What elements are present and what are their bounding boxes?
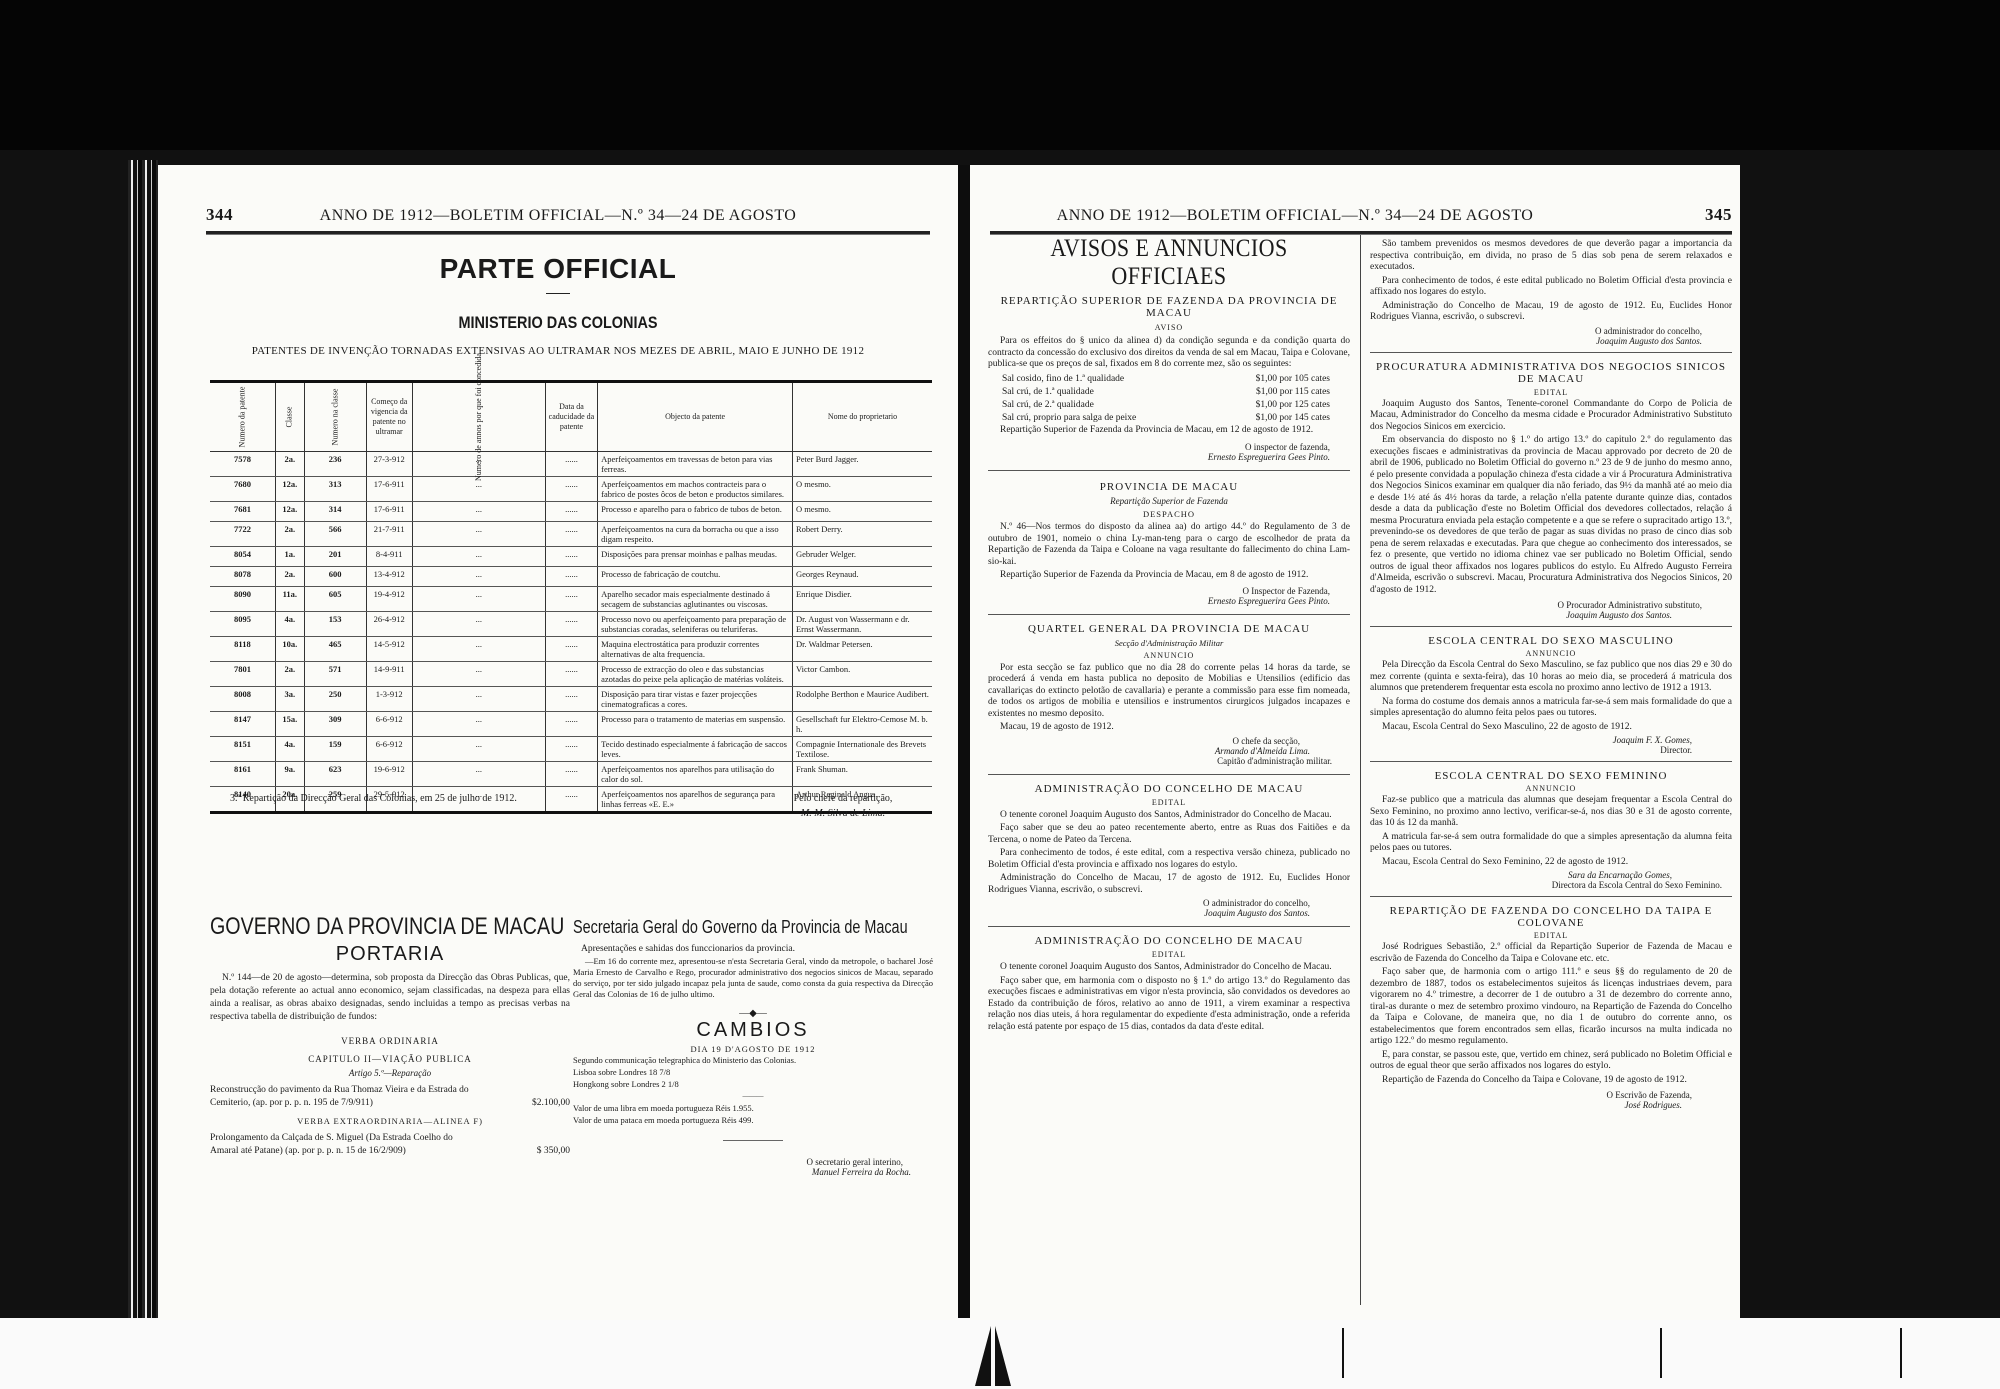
ministry-title: MINISTERIO DAS COLONIAS bbox=[218, 313, 898, 333]
patents-title: PATENTES DE INVENÇÃO TORNADAS EXTENSIVAS… bbox=[158, 345, 958, 357]
fazenda-title: REPARTIÇÃO SUPERIOR DE FAZENDA DA PROVIN… bbox=[988, 295, 1350, 319]
col-header: Classe bbox=[275, 382, 304, 452]
escola-fem-title: ESCOLA CENTRAL DO SEXO FEMININO bbox=[1370, 770, 1732, 782]
fazenda-signature: Ernesto Espreguerira Gees Pinto. bbox=[988, 452, 1350, 462]
table-row: 81619a.62319-6-912.........Aperfeiçoamen… bbox=[210, 762, 932, 787]
scanner-background-bottom bbox=[0, 1318, 2000, 1389]
procuratura-label: EDITAL bbox=[1370, 388, 1732, 397]
divider bbox=[988, 470, 1350, 471]
divider bbox=[988, 614, 1350, 615]
col-header: Numero da patente bbox=[210, 382, 275, 452]
escola-fem-role: Directora da Escola Central do Sexo Femi… bbox=[1370, 880, 1732, 890]
taipa-title: REPARTIÇÃO DE FAZENDA DO CONCELHO DA TAI… bbox=[1370, 905, 1732, 929]
left-page: 344 ANNO DE 1912—BOLETIM OFFICIAL—N.º 34… bbox=[158, 165, 958, 1320]
running-head-right: ANNO DE 1912—BOLETIM OFFICIAL—N.º 34—24 … bbox=[970, 207, 1740, 227]
scan-marker-left bbox=[975, 1326, 991, 1386]
col-header: Nome do proprietario bbox=[792, 382, 932, 452]
escola-masc-signature: Joaquim F. X. Gomes, bbox=[1370, 735, 1732, 745]
budget-item-1: Reconstrucção do pavimento da Rua Thomaz… bbox=[210, 1084, 570, 1110]
concelho1-body: O tenente coronel Joaquim Augusto dos Sa… bbox=[988, 810, 1350, 897]
escola-fem-body: Faz-se publico que a matricula das alumn… bbox=[1370, 795, 1732, 868]
secretaria-subtitle: Apresentações e sahidas dos funccionario… bbox=[573, 944, 933, 954]
cambios-title: CAMBIOS bbox=[573, 1019, 933, 1042]
procuratura-signature: Joaquim Augusto dos Santos. bbox=[1370, 610, 1732, 620]
table-row: 814715a.3096-6-912.........Processo para… bbox=[210, 712, 932, 737]
concelho2-title: ADMINISTRAÇÃO DO CONCELHO DE MACAU bbox=[988, 935, 1350, 947]
secretaria-title: Secretaria Geral do Governo da Provincia… bbox=[573, 917, 861, 938]
fazenda-footer: Repartição Superior de Fazenda da Provin… bbox=[988, 425, 1350, 437]
price-row: Sal crú, de 1.ª qualidade$1,00 por 115 c… bbox=[1002, 386, 1330, 399]
table-row: 78012a.57114-9-911.........Processo de e… bbox=[210, 662, 932, 687]
escola-masc-title: ESCOLA CENTRAL DO SEXO MASCULINO bbox=[1370, 635, 1732, 647]
budget-item-2: Prolongamento da Calçada de S. Miguel (D… bbox=[210, 1132, 570, 1158]
scan-tick bbox=[1660, 1328, 1662, 1378]
avisos-title: AVISOS E ANNUNCIOS OFFICIAES bbox=[1010, 235, 1329, 291]
concelho2-body: O tenente coronel Joaquim Augusto dos Sa… bbox=[988, 962, 1350, 1033]
divider bbox=[723, 1140, 783, 1141]
despacho-signature: Ernesto Espreguerira Gees Pinto. bbox=[988, 596, 1350, 606]
taipa-label: EDITAL bbox=[1370, 931, 1732, 940]
table-row: 768112a.31417-6-911.........Processo e a… bbox=[210, 502, 932, 522]
price-row: Sal crú, proprio para salga de peixe$1,0… bbox=[1002, 412, 1330, 425]
escola-masc-label: ANNUNCIO bbox=[1370, 649, 1732, 658]
table-row: 80541a.2018-4-911.........Disposições pa… bbox=[210, 547, 932, 567]
col-header: Numero na classe bbox=[304, 382, 366, 452]
artigo: Artigo 5.º—Reparação bbox=[210, 1068, 570, 1078]
escola-masc-role: Director. bbox=[1370, 745, 1732, 755]
escola-masc-body: Pela Direcção da Escola Central do Sexo … bbox=[1370, 660, 1732, 733]
quartel-subtitle: Secção d'Administração Militar bbox=[988, 638, 1350, 648]
procuratura-body: Joaquim Augusto dos Santos, Tenente-coro… bbox=[1370, 399, 1732, 597]
patents-signoff: Pelo chefe da repartição, bbox=[758, 792, 928, 805]
escola-fem-signature: Sara da Encarnação Gomes, bbox=[1370, 870, 1732, 880]
governo-title: GOVERNO DA PROVINCIA DE MACAU bbox=[210, 913, 505, 941]
verba-extraordinaria: VERBA EXTRAORDINARIA—ALINEA F) bbox=[210, 1116, 570, 1126]
book-spine-edge bbox=[128, 160, 158, 1320]
divider bbox=[1370, 761, 1732, 762]
section-title: PARTE OFFICIAL bbox=[158, 253, 958, 285]
divider bbox=[1370, 896, 1732, 897]
table-row: 811810a.46514-5-912.........Maquina elec… bbox=[210, 637, 932, 662]
right-page: ANNO DE 1912—BOLETIM OFFICIAL—N.º 34—24 … bbox=[970, 165, 1740, 1320]
concelho1-title: ADMINISTRAÇÃO DO CONCELHO DE MACAU bbox=[988, 783, 1350, 795]
aviso-label: AVISO bbox=[988, 323, 1350, 332]
table-row: 768012a.31317-6-911.........Aperfeiçoame… bbox=[210, 477, 932, 502]
right-column-1: AVISOS E ANNUNCIOS OFFICIAES REPARTIÇÃO … bbox=[988, 235, 1350, 1035]
procuratura-signoff: O Procurador Administrativo substituto, bbox=[1370, 600, 1732, 610]
divider bbox=[988, 774, 1350, 775]
taipa-body: José Rodrigues Sebastião, 2.º official d… bbox=[1370, 942, 1732, 1086]
col-header: Data da caducidade da patente bbox=[545, 382, 597, 452]
table-row: 80782a.60013-4-912.........Processo de f… bbox=[210, 567, 932, 587]
portaria-body: N.º 144—de 20 de agosto—determina, sob p… bbox=[210, 972, 570, 1024]
scanner-background-top bbox=[0, 0, 2000, 150]
cambios-signoff: O secretario geral interino, bbox=[573, 1157, 933, 1167]
price-row: Sal crú, de 2.ª qualidade$1,00 por 125 c… bbox=[1002, 399, 1330, 412]
patents-signature: M. M. Silva de Lima. bbox=[758, 807, 928, 820]
running-head-title: ANNO DE 1912—BOLETIM OFFICIAL—N.º 34—24 … bbox=[1010, 207, 1580, 225]
scan-tick bbox=[1342, 1328, 1344, 1378]
cambios-signature: Manuel Ferreira da Rocha. bbox=[573, 1167, 933, 1177]
quartel-body: Por esta secção se faz publico que no di… bbox=[988, 663, 1350, 734]
concelho1-signature: Joaquim Augusto dos Santos. bbox=[988, 908, 1350, 918]
concelho1-signoff: O administrador do concelho, bbox=[988, 898, 1350, 908]
despacho-label: DESPACHO bbox=[988, 509, 1350, 519]
scan-tick bbox=[1900, 1328, 1902, 1378]
concelho2-signature: Joaquim Augusto dos Santos. bbox=[1370, 336, 1732, 346]
salt-prices-list: Sal cosido, fino de 1.ª qualidade$1,00 p… bbox=[988, 373, 1350, 425]
escola-fem-label: ANNUNCIO bbox=[1370, 784, 1732, 793]
table-row: 80954a.15326-4-912.........Processo novo… bbox=[210, 612, 932, 637]
column-divider bbox=[1360, 235, 1361, 1305]
running-head-title: ANNO DE 1912—BOLETIM OFFICIAL—N.º 34—24 … bbox=[158, 207, 958, 225]
col-header: Começo da vigencia da patente no ultrama… bbox=[366, 382, 412, 452]
scan-marker-right bbox=[995, 1326, 1011, 1386]
patents-footer: 3.ª Repartição da Direcção Geral das Col… bbox=[230, 792, 680, 805]
table-row: 77222a.56621-7-911.........Aperfeiçoamen… bbox=[210, 522, 932, 547]
divider bbox=[546, 293, 570, 294]
capitulo: CAPITULO II—VIAÇÃO PUBLICA bbox=[210, 1054, 570, 1064]
concelho2-signoff: O administrador do concelho, bbox=[1370, 326, 1732, 336]
divider bbox=[1370, 352, 1732, 353]
cambios-rates: Segundo communicação telegraphica do Min… bbox=[573, 1054, 933, 1126]
header-rule bbox=[206, 231, 930, 235]
divider bbox=[988, 926, 1350, 927]
secretaria-section: Secretaria Geral do Governo da Provincia… bbox=[573, 917, 933, 1177]
taipa-signoff: O Escrivão de Fazenda, bbox=[1370, 1090, 1732, 1100]
quartel-title: QUARTEL GENERAL DA PROVINCIA DE MACAU bbox=[988, 623, 1350, 635]
concelho2-continued: São tambem prevenidos os mesmos devedore… bbox=[1370, 239, 1732, 324]
table-row: 809011a.60519-4-912.........Aparelho sec… bbox=[210, 587, 932, 612]
page-number: 345 bbox=[1705, 205, 1732, 225]
ornament: —◆— bbox=[573, 1008, 933, 1019]
despacho-subtitle: Repartição Superior de Fazenda bbox=[988, 496, 1350, 506]
fazenda-body: Para os effeitos do § unico da alinea d)… bbox=[988, 336, 1350, 371]
cambios-date: DIA 19 D'AGOSTO DE 1912 bbox=[573, 1044, 933, 1054]
price-row: Sal cosido, fino de 1.ª qualidade$1,00 p… bbox=[1002, 373, 1330, 386]
table-row: 75782a.23627-3-912.........Aperfeiçoamen… bbox=[210, 452, 932, 477]
despacho-signoff: O Inspector de Fazenda, bbox=[988, 586, 1350, 596]
quartel-label: ANNUNCIO bbox=[988, 651, 1350, 660]
table-row: 80083a.2501-3-912.........Disposição par… bbox=[210, 687, 932, 712]
concelho2-label: EDITAL bbox=[988, 950, 1350, 959]
quartel-signature: Armando d'Almeida Lima. bbox=[988, 746, 1350, 756]
secretaria-body: —Em 16 do corrente mez, apresentou-se n'… bbox=[573, 956, 933, 1000]
fazenda-signoff: O inspector de fazenda, bbox=[988, 442, 1350, 452]
quartel-rank: Capitão d'administração militar. bbox=[988, 756, 1350, 766]
despacho-body: N.º 46—Nos termos do disposto da alinea … bbox=[988, 522, 1350, 582]
patents-table: Numero da patente Classe Numero na class… bbox=[210, 380, 932, 814]
table-row: 81514a.1596-6-912.........Tecido destina… bbox=[210, 737, 932, 762]
page-gutter bbox=[958, 165, 970, 1325]
running-head-left: 344 ANNO DE 1912—BOLETIM OFFICIAL—N.º 34… bbox=[158, 207, 958, 227]
col-header: Numero de annos por que foi concedida bbox=[412, 382, 545, 452]
portaria-title: PORTARIA bbox=[210, 943, 570, 966]
right-column-2: São tambem prevenidos os mesmos devedore… bbox=[1370, 239, 1732, 1110]
col-header: Objecto da patente bbox=[598, 382, 793, 452]
procuratura-title: PROCURATURA ADMINISTRATIVA DOS NEGOCIOS … bbox=[1370, 361, 1732, 385]
concelho1-label: EDITAL bbox=[988, 798, 1350, 807]
verba-ordinaria: VERBA ORDINARIA bbox=[210, 1036, 570, 1046]
divider bbox=[1370, 626, 1732, 627]
taipa-signature: José Rodrigues. bbox=[1370, 1100, 1732, 1110]
quartel-signoff: O chefe da secção, bbox=[988, 736, 1350, 746]
despacho-title: PROVINCIA DE MACAU bbox=[988, 481, 1350, 493]
governo-section: GOVERNO DA PROVINCIA DE MACAU PORTARIA N… bbox=[210, 913, 570, 1158]
